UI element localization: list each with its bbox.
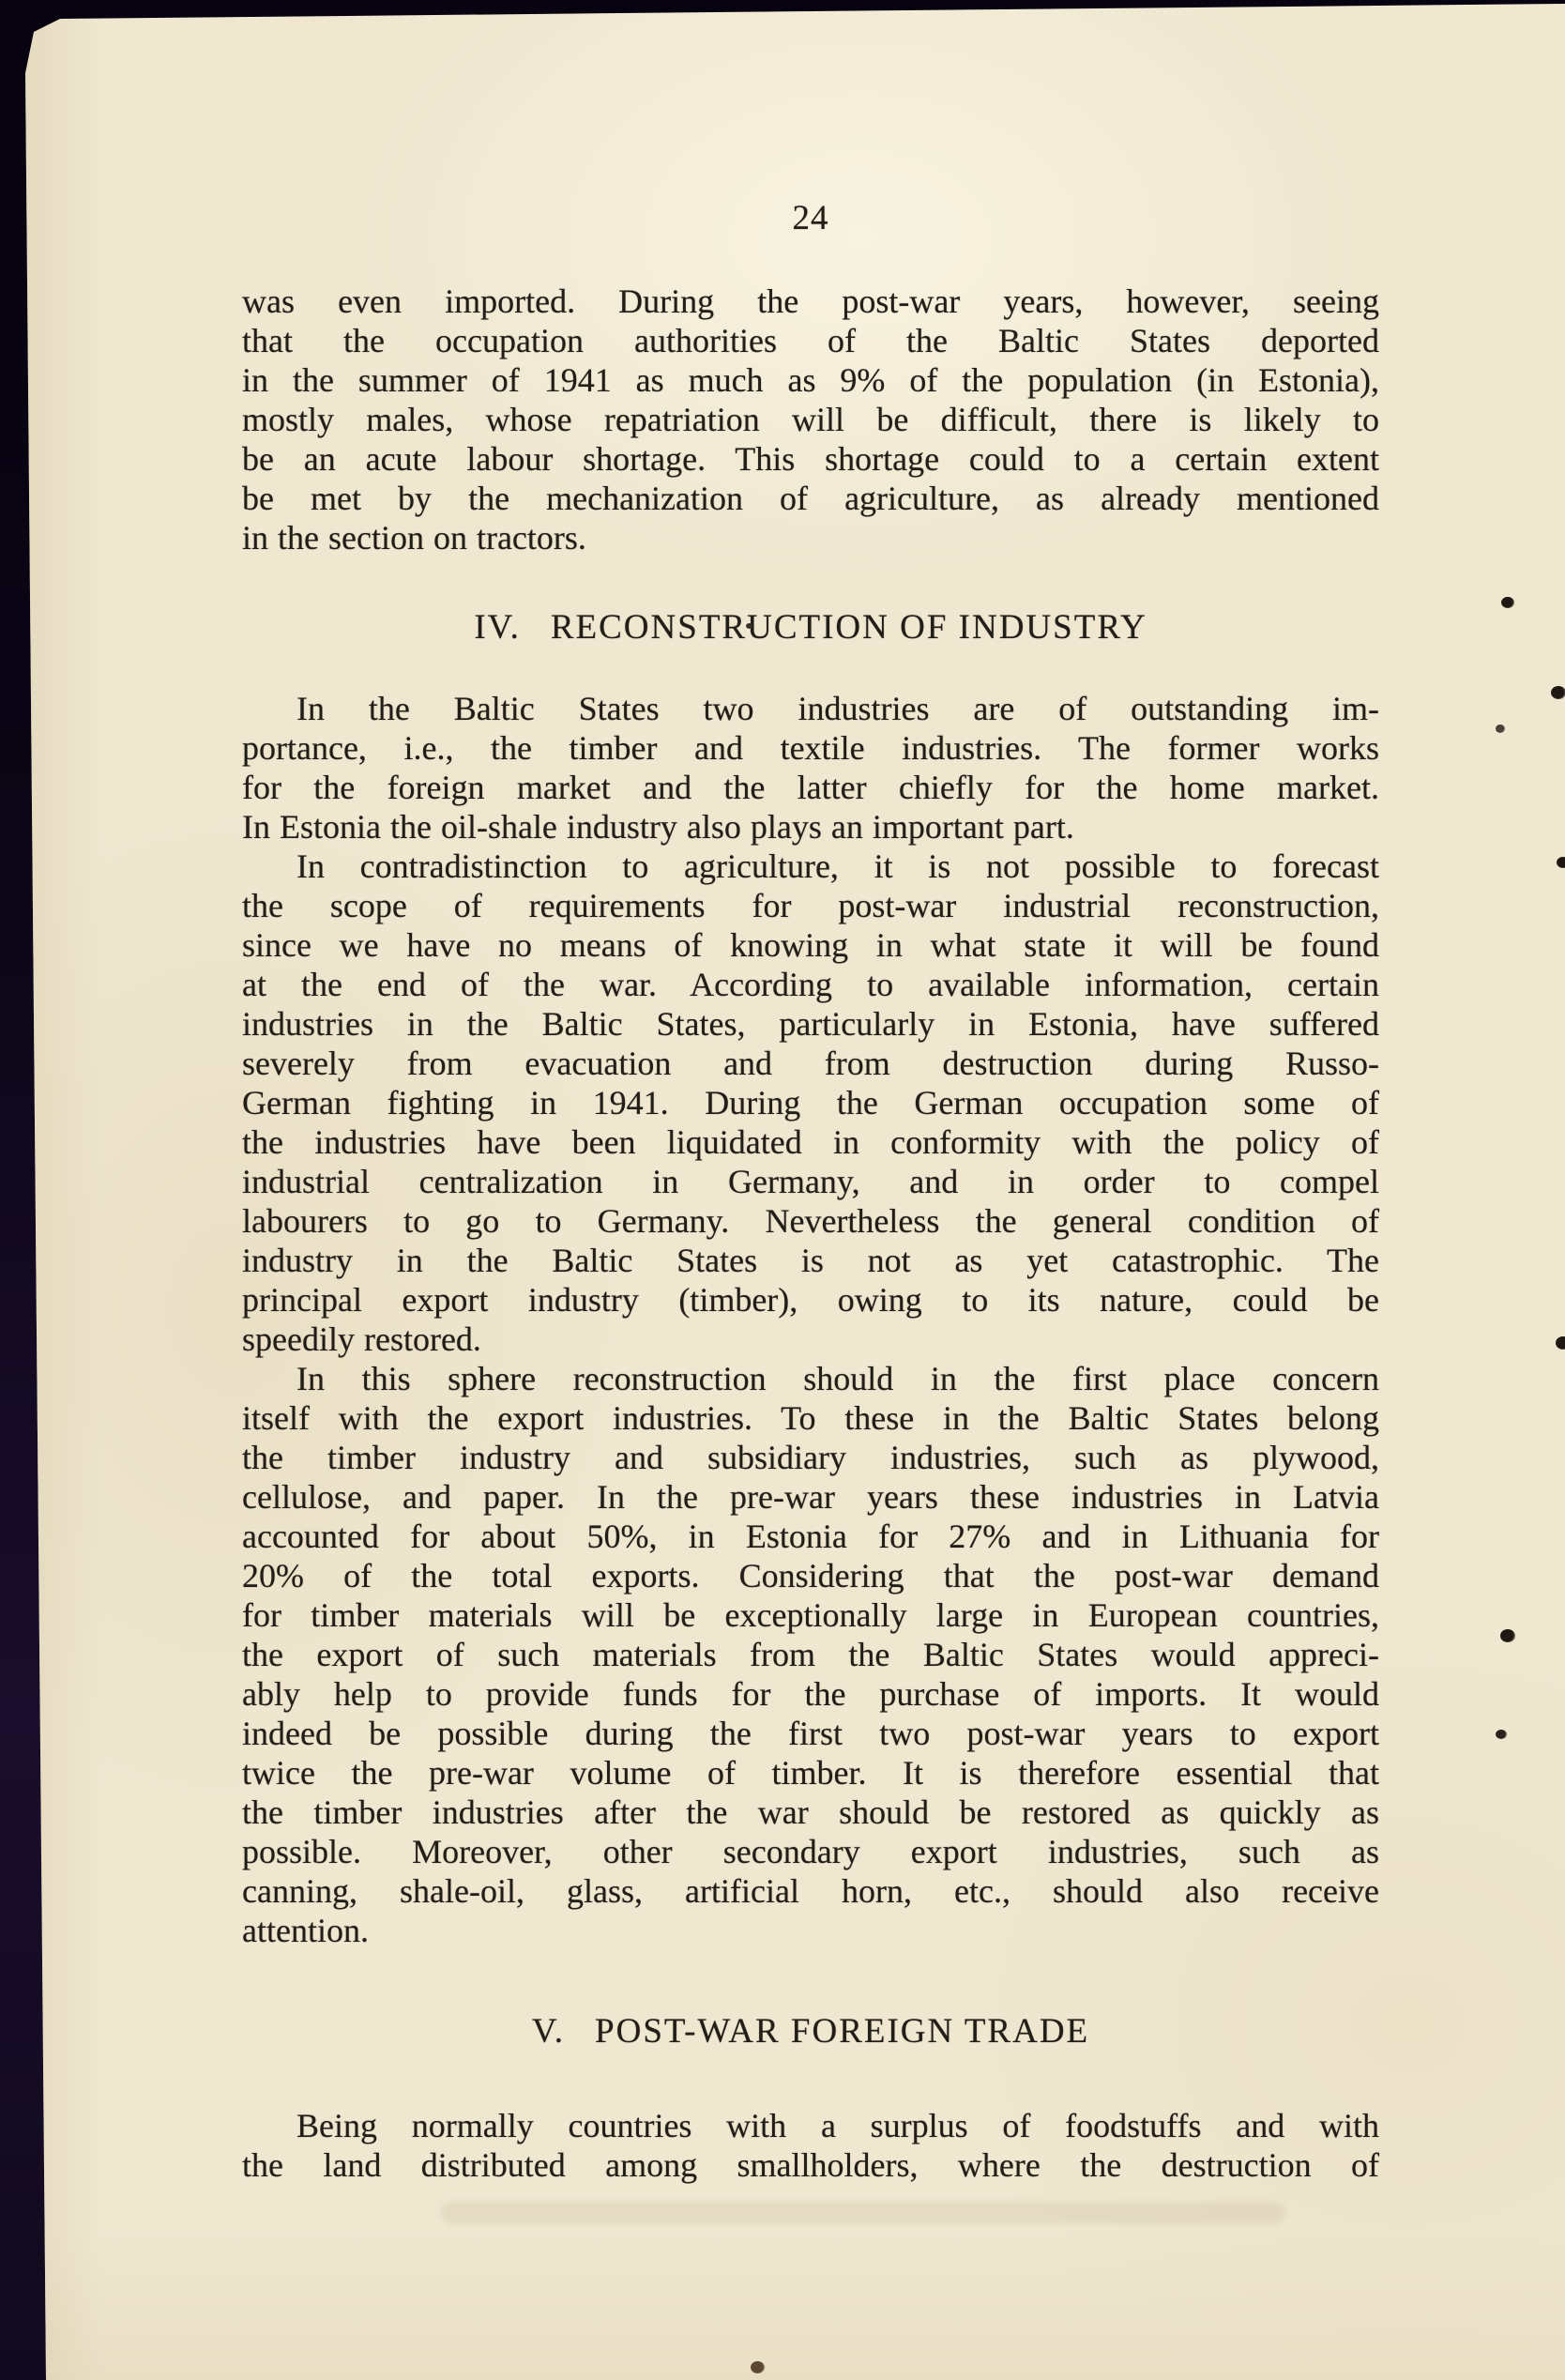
text-line: 20% of the total exports. Considering th… [242,1556,1379,1595]
text-line: cellulose, and paper. In the pre-war yea… [242,1477,1379,1517]
text-line: canning, shale-oil, glass, artificial ho… [242,1871,1379,1911]
text-line: attention. [242,1911,1379,1950]
text-line: that the occupation authorities of the B… [242,321,1379,360]
text-line: the scope of requirements for post-war i… [242,886,1379,925]
text-line: in the summer of 1941 as much as 9% of t… [242,360,1379,400]
text-line: In the Baltic States two industries are … [242,689,1379,728]
text-line: itself with the export industries. To th… [242,1398,1379,1438]
text-line: severely from evacuation and from destru… [242,1044,1379,1083]
section-number: V. [532,2012,565,2051]
paragraph: In the Baltic States two industries are … [242,689,1379,847]
paragraph: In this sphere reconstruction should in … [242,1359,1379,1950]
text-line: accounted for about 50%, in Estonia for … [242,1517,1379,1556]
text-line: in the section on tractors. [242,518,1379,557]
text-line: for the foreign market and the latter ch… [242,768,1379,807]
text-line: industrial centralization in Germany, an… [242,1162,1379,1201]
text-line: the export of such materials from the Ba… [242,1635,1379,1674]
text-line: industries in the Baltic States, particu… [242,1004,1379,1044]
text-line: for timber materials will be exceptional… [242,1595,1379,1635]
page-number: 24 [242,199,1379,238]
paragraph: was even imported. During the post-war y… [242,282,1379,557]
text-line: since we have no means of knowing in wha… [242,925,1379,965]
section-heading: V.POST-WAR FOREIGN TRADE [242,2012,1379,2052]
text-line: In this sphere reconstruction should in … [242,1359,1379,1398]
scanned-book-page: { "page_number": "24", "content": [ { "t… [0,0,1565,2380]
text-line: at the end of the war. According to avai… [242,965,1379,1004]
text-line: mostly males, whose repatriation will be… [242,400,1379,439]
show-through-artifact [441,2202,1285,2224]
text-line: possible. Moreover, other secondary expo… [242,1832,1379,1871]
text-line: ably help to provide funds for the purch… [242,1674,1379,1714]
text-line: principal export industry (timber), owin… [242,1280,1379,1320]
text-line: portance, i.e., the timber and textile i… [242,728,1379,768]
text-line: the timber industries after the war shou… [242,1793,1379,1832]
text-line: twice the pre-war volume of timber. It i… [242,1753,1379,1793]
text-line: industry in the Baltic States is not as … [242,1241,1379,1280]
text-line: speedily restored. [242,1320,1379,1359]
text-line: labourers to go to Germany. Nevertheless… [242,1201,1379,1241]
text-line: the timber industry and subsidiary indus… [242,1438,1379,1477]
text-line: In Estonia the oil-shale industry also p… [242,807,1379,847]
text-line: was even imported. During the post-war y… [242,282,1379,321]
section-title: POST-WAR FOREIGN TRADE [595,2012,1089,2051]
text-line: be met by the mechanization of agricultu… [242,479,1379,518]
text-line: be an acute labour shortage. This shorta… [242,439,1379,479]
section-number: IV. [474,608,521,647]
text-column: 24 was even imported. During the post-wa… [242,0,1379,2185]
text-line: In contradistinction to agriculture, it … [242,847,1379,886]
section-heading: IV.RECONSTRUCTION OF INDUSTRY [242,608,1379,648]
text-line: the industries have been liquidated in c… [242,1122,1379,1162]
paragraph: In contradistinction to agriculture, it … [242,847,1379,1359]
text-line: indeed be possible during the first two … [242,1714,1379,1753]
section-title: RECONSTRUCTION OF INDUSTRY [551,608,1147,647]
text-line: the land distributed among smallholders,… [242,2145,1379,2185]
text-line: Being normally countries with a surplus … [242,2106,1379,2145]
text-line: German fighting in 1941. During the Germ… [242,1083,1379,1122]
paragraph: Being normally countries with a surplus … [242,2106,1379,2185]
content: was even imported. During the post-war y… [242,282,1379,2185]
